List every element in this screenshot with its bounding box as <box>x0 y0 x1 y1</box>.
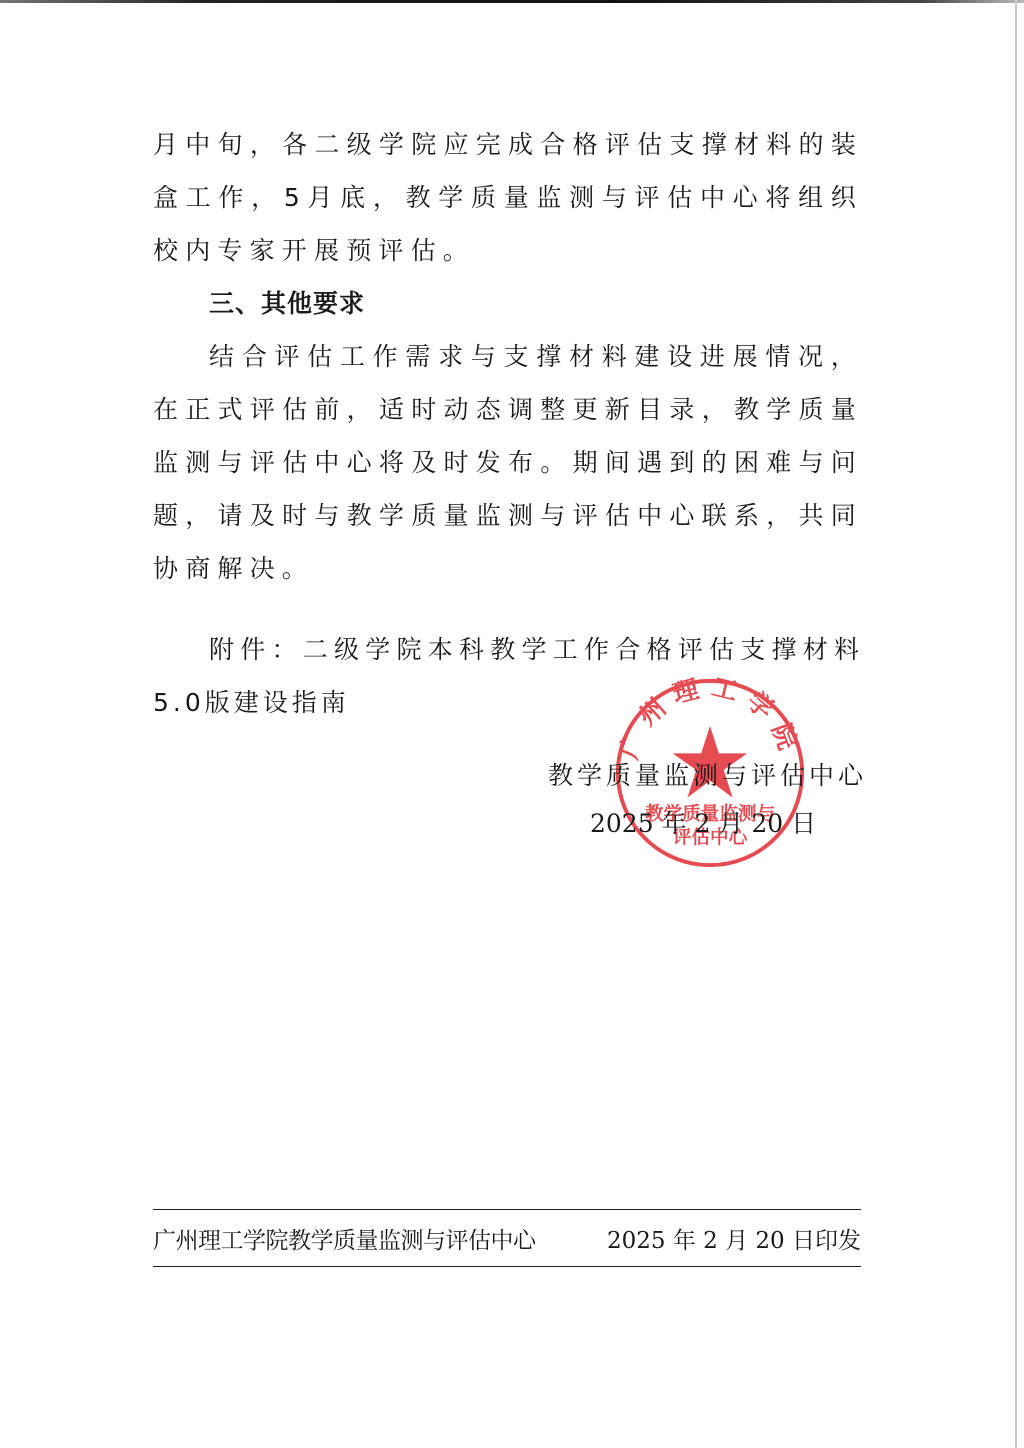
footer-org: 广州理工学院教学质量监测与评估中心 <box>153 1222 536 1255</box>
document-body: 月中旬，各二级学院应完成合格评估支撑材料的装盒工作，5月底，教学质量监测与评估中… <box>153 118 863 729</box>
paragraph: 月中旬，各二级学院应完成合格评估支撑材料的装盒工作，5月底，教学质量监测与评估中… <box>153 118 863 277</box>
signature-date: 2025 年 2 月 20 日 <box>548 800 868 848</box>
signature-org: 教学质量监测与评估中心 <box>548 752 868 800</box>
signature-block: 教学质量监测与评估中心 2025 年 2 月 20 日 <box>548 752 868 848</box>
footer-date: 2025 年 2 月 20 日印发 <box>607 1222 861 1255</box>
page-right-edge <box>1015 0 1017 1448</box>
issue-footer: 广州理工学院教学质量监测与评估中心 2025 年 2 月 20 日印发 <box>153 1209 861 1267</box>
section-heading: 三、其他要求 <box>153 277 863 330</box>
section-paragraph: 结合评估工作需求与支撑材料建设进展情况，在正式评估前，适时动态调整更新目录，教学… <box>153 330 863 595</box>
page-top-edge <box>0 0 1024 3</box>
